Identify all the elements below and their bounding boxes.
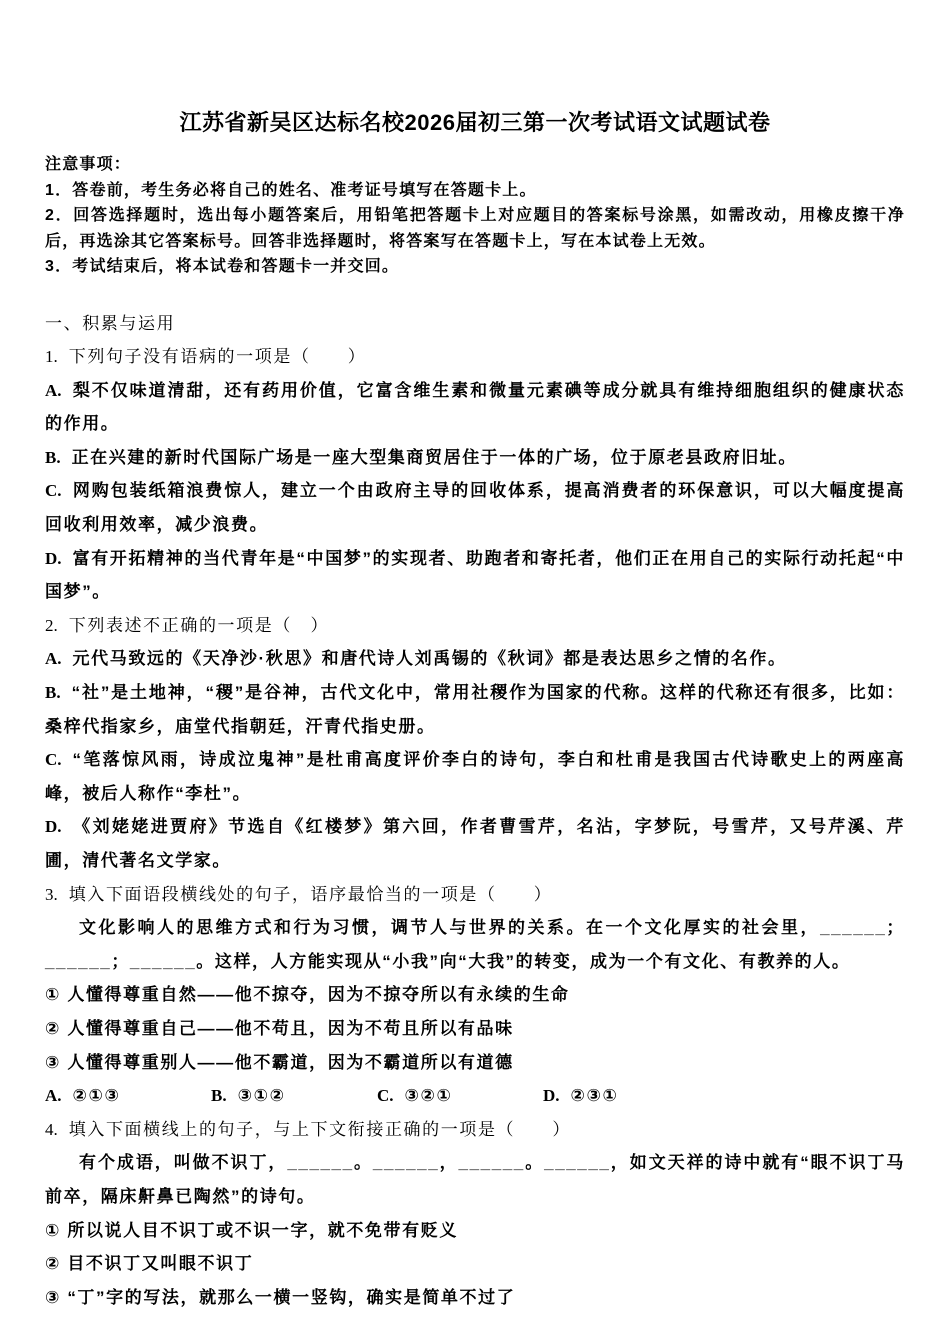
question-3-stem: 3.填入下面语段横线处的句子，语序最恰当的一项是（ ） <box>45 878 905 912</box>
exam-body: 一、积累与运用 1.下列句子没有语病的一项是（ ） A.梨不仅味道清甜，还有药用… <box>45 307 905 1315</box>
question-1-option-a: A.梨不仅味道清甜，还有药用价值，它富含维生素和微量元素碘等成分就具有维持细胞组… <box>45 374 905 441</box>
option-label: B. <box>45 683 61 702</box>
question-2-stem-text: 下列表述不正确的一项是（ ） <box>69 616 329 635</box>
choice-text: ③①② <box>238 1086 286 1105</box>
question-1-stem-text: 下列句子没有语病的一项是（ ） <box>69 347 367 366</box>
question-3-stem-text: 填入下面语段横线处的句子，语序最恰当的一项是（ ） <box>69 885 553 904</box>
question-2-option-d: D.《刘姥姥进贾府》节选自《红楼梦》第六回，作者曹雪芹，名沾，字梦阮，号雪芹，又… <box>45 810 905 877</box>
notes-heading: 注意事项： <box>45 152 905 178</box>
option-label: B. <box>45 448 61 467</box>
exam-paper-page: 江苏省新吴区达标名校2026届初三第一次考试语文试题试卷 注意事项： 1．答卷前… <box>0 0 950 1314</box>
question-3-sentence-3: ③ 人懂得尊重别人——他不霸道，因为不霸道所以有道德 <box>45 1046 905 1080</box>
note-item-2: 2．回答选择题时，选出每小题答案后，用铅笔把答题卡上对应题目的答案标号涂黑，如需… <box>45 203 905 254</box>
option-text: 富有开拓精神的当代青年是“中国梦”的实现者、助跑者和寄托者，他们正在用自己的实际… <box>45 549 905 602</box>
note-item-3: 3．考试结束后，将本试卷和答题卡一并交回。 <box>45 254 905 280</box>
question-1-stem: 1.下列句子没有语病的一项是（ ） <box>45 340 905 374</box>
question-3-sentence-1: ① 人懂得尊重自然——他不掠夺，因为不掠夺所以有永续的生命 <box>45 978 905 1012</box>
question-3-sentence-2: ② 人懂得尊重自己——他不苟且，因为不苟且所以有品味 <box>45 1012 905 1046</box>
question-1-number: 1. <box>45 347 58 366</box>
question-1-option-b: B.正在兴建的新时代国际广场是一座大型集商贸居住于一体的广场，位于原老县政府旧址… <box>45 441 905 475</box>
choice-label: C. <box>377 1086 394 1105</box>
question-4-sentence-3: ③ “丁”字的写法，就那么一横一竖钩，确实是简单不过了 <box>45 1281 905 1315</box>
question-2-option-c: C.“笔落惊风雨，诗成泣鬼神”是杜甫高度评价李白的诗句，李白和杜甫是我国古代诗歌… <box>45 743 905 810</box>
question-2-option-a: A.元代马致远的《天净沙·秋思》和唐代诗人刘禹锡的《秋词》都是表达思乡之情的名作… <box>45 642 905 676</box>
option-text: 《刘姥姥进贾府》节选自《红楼梦》第六回，作者曹雪芹，名沾，字梦阮，号雪芹，又号芹… <box>45 817 905 870</box>
question-4-passage: 有个成语，叫做不识丁，______。______，______。______，如… <box>45 1146 905 1213</box>
question-1-option-c: C.网购包装纸箱浪费惊人，建立一个由政府主导的回收体系，提高消费者的环保意识，可… <box>45 474 905 541</box>
section-heading: 一、积累与运用 <box>45 307 905 341</box>
exam-notes: 注意事项： 1．答卷前，考生务必将自己的姓名、准考证号填写在答题卡上。 2．回答… <box>45 152 905 280</box>
option-label: D. <box>45 817 62 836</box>
option-text: “笔落惊风雨，诗成泣鬼神”是杜甫高度评价李白的诗句，李白和杜甫是我国古代诗歌史上… <box>45 750 905 803</box>
question-3-number: 3. <box>45 885 58 904</box>
question-4-number: 4. <box>45 1120 58 1139</box>
question-3-passage: 文化影响人的思维方式和行为习惯，调节人与世界的关系。在一个文化厚实的社会里，__… <box>45 911 905 978</box>
question-1-option-d: D.富有开拓精神的当代青年是“中国梦”的实现者、助跑者和寄托者，他们正在用自己的… <box>45 542 905 609</box>
choice-text: ②③① <box>571 1086 619 1105</box>
question-2-option-b: B.“社”是土地神，“稷”是谷神，古代文化中，常用社稷作为国家的代称。这样的代称… <box>45 676 905 743</box>
option-label: D. <box>45 549 62 568</box>
choice-label: D. <box>543 1086 560 1105</box>
choice-text: ②①③ <box>73 1086 121 1105</box>
choice-text: ③②① <box>405 1086 453 1105</box>
question-2-number: 2. <box>45 616 58 635</box>
option-text: “社”是土地神，“稷”是谷神，古代文化中，常用社稷作为国家的代称。这样的代称还有… <box>45 683 905 736</box>
note-item-1: 1．答卷前，考生务必将自己的姓名、准考证号填写在答题卡上。 <box>45 178 905 204</box>
option-label: C. <box>45 481 62 500</box>
option-label: A. <box>45 381 62 400</box>
choice-a: A.②①③ <box>45 1079 211 1113</box>
question-4-stem: 4.填入下面横线上的句子，与上下文衔接正确的一项是（ ） <box>45 1113 905 1147</box>
option-text: 正在兴建的新时代国际广场是一座大型集商贸居住于一体的广场，位于原老县政府旧址。 <box>72 448 797 467</box>
question-3-choices: A.②①③ B.③①② C.③②① D.②③① <box>45 1079 905 1113</box>
option-text: 元代马致远的《天净沙·秋思》和唐代诗人刘禹锡的《秋词》都是表达思乡之情的名作。 <box>73 649 787 668</box>
question-2-stem: 2.下列表述不正确的一项是（ ） <box>45 609 905 643</box>
choice-label: A. <box>45 1086 62 1105</box>
question-4-sentence-2: ② 目不识丁又叫眼不识丁 <box>45 1247 905 1281</box>
option-text: 梨不仅味道清甜，还有药用价值，它富含维生素和微量元素碘等成分就具有维持细胞组织的… <box>45 381 905 434</box>
choice-d: D.②③① <box>543 1079 619 1113</box>
option-text: 网购包装纸箱浪费惊人，建立一个由政府主导的回收体系，提高消费者的环保意识，可以大… <box>45 481 905 534</box>
question-4-stem-text: 填入下面横线上的句子，与上下文衔接正确的一项是（ ） <box>69 1120 571 1139</box>
choice-b: B.③①② <box>211 1079 377 1113</box>
option-label: A. <box>45 649 62 668</box>
option-label: C. <box>45 750 62 769</box>
choice-c: C.③②① <box>377 1079 543 1113</box>
question-4-sentence-1: ① 所以说人目不识丁或不识一字，就不免带有贬义 <box>45 1214 905 1248</box>
page-title: 江苏省新吴区达标名校2026届初三第一次考试语文试题试卷 <box>45 0 905 138</box>
choice-label: B. <box>211 1086 227 1105</box>
